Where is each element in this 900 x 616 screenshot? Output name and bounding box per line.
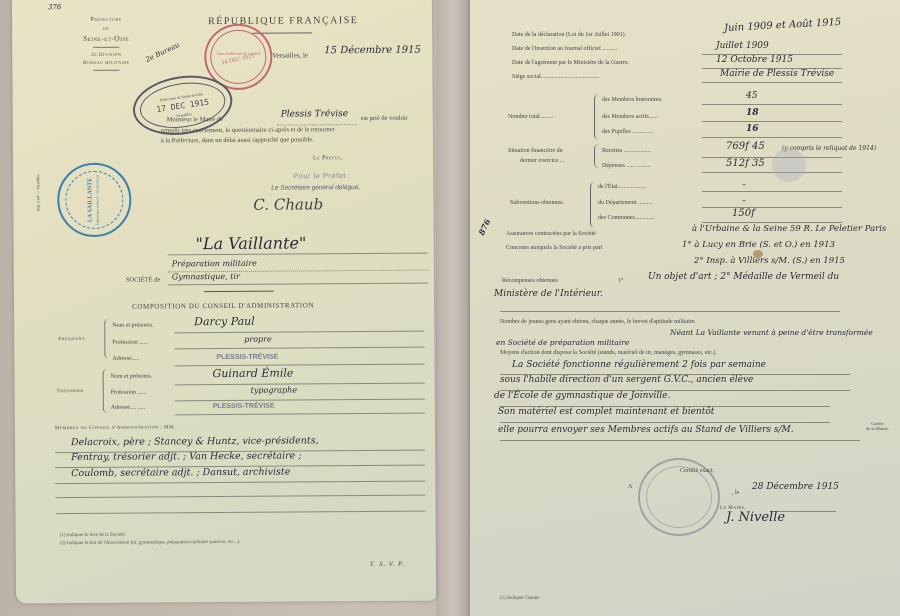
departement-value: – xyxy=(742,196,746,205)
purpose-rule-2 xyxy=(168,283,428,286)
honorary-rule xyxy=(702,104,842,105)
blue-society-stamp: LA VAILLANTE Préparation militaire - Gym… xyxy=(57,163,132,238)
members-rule-3 xyxy=(55,481,425,485)
prefecture-header: Préfecture de Seine-et-Oise 2e Division … xyxy=(56,16,156,75)
society-purpose-line1: Préparation militaire xyxy=(172,259,257,269)
ink-blot xyxy=(772,148,806,182)
right-footnote: (1) Indiquer l'année xyxy=(500,596,539,601)
members-total-label: Nombre total......... xyxy=(508,114,553,120)
rewards-prefix: 1° xyxy=(618,278,623,284)
blue-stamp-text: Préparation militaire - Gymnastique xyxy=(94,175,101,226)
members-line-2: Fentray, trésorier adjt. ; Van Hecke, se… xyxy=(71,450,301,463)
treasurer-role: Trésorier xyxy=(57,388,84,394)
rewards-rule xyxy=(500,311,840,312)
left-document-page: 376 Préfecture de Seine-et-Oise 2e Divis… xyxy=(12,0,436,603)
right-document-page: Date de la déclaration (Loi du 1er Juill… xyxy=(470,0,900,616)
means-line-3: de l'École de gymnastique de Joinville. xyxy=(494,391,670,401)
active-members-value: 18 xyxy=(746,108,759,118)
insurance-value: à l'Urbaine & la Seine 59 R. Le Peletier… xyxy=(692,224,886,234)
communes-value: 150f xyxy=(732,208,755,219)
journal-date-value: Juillet 1909 xyxy=(716,41,769,51)
brevet-value-2: en Société de préparation militaire xyxy=(496,338,629,347)
depenses-label: Dépenses ...... ......... xyxy=(602,163,651,169)
president-profession-rule xyxy=(174,347,424,350)
subsidies-label: Subventions obtenues. xyxy=(510,200,564,206)
honorary-members-label: des Membres honoraires. xyxy=(602,97,662,103)
council-title: COMPOSITION DU CONSEIL D'ADMINISTRATION xyxy=(132,301,314,310)
president-name-rule xyxy=(174,331,424,334)
president-name-value: Darcy Paul xyxy=(194,315,255,328)
cachet-line-2: de la Mairie. xyxy=(866,426,889,431)
rust-stain xyxy=(753,250,763,258)
society-label: SOCIÉTÉ de xyxy=(126,276,161,283)
communes-rule xyxy=(702,222,842,223)
prefecture-line2: de xyxy=(56,25,156,32)
treasurer-name-rule xyxy=(175,383,425,386)
depenses-value: 512f 35 xyxy=(726,158,765,169)
contests-line-1: 1° à Lucy en Brie (S. et O.) en 1913 xyxy=(682,240,835,250)
president-brace xyxy=(104,319,109,359)
recettes-label: Recettes .................. xyxy=(602,148,651,154)
finance-brace xyxy=(594,144,599,168)
recettes-value: 769f 45 xyxy=(726,141,765,152)
blue-stamp-center: LA VAILLANTE xyxy=(87,175,94,226)
means-line-2: sous l'habile direction d'un sergent G.V… xyxy=(500,375,753,385)
means-rule-5 xyxy=(500,440,860,441)
contests-label: Concours auxquels la Société a pris part xyxy=(506,245,602,251)
president-profession-label: Profession ...... xyxy=(112,340,148,346)
president-profession-value: propre xyxy=(244,335,272,344)
commune-value: Plessis Trévise xyxy=(281,109,348,119)
president-address-value: PLESSIS-TRÉVISE xyxy=(216,354,278,361)
declaration-date-label: Date de la déclaration (Loi du 1er Juill… xyxy=(512,32,626,38)
prefet-signature: C. Chaub xyxy=(253,195,323,213)
agreement-date-label: Date de l'agrément par le Ministère de l… xyxy=(512,60,629,66)
depenses-rule xyxy=(702,172,842,173)
table-surface xyxy=(436,0,470,616)
brevet-label: Nombre de jeunes gens ayant obtenu, chaq… xyxy=(500,319,696,325)
request-text1: est prié de vouloir xyxy=(361,115,408,122)
treasurer-name-label: Nom et prénoms. xyxy=(111,374,153,380)
bureau-label: Bureau militaire xyxy=(56,59,156,66)
mairie-stamp xyxy=(638,458,720,536)
president-name-label: Nom et prénoms. xyxy=(112,322,154,328)
etat-label: de l'État................... xyxy=(598,184,646,190)
place-date-value: 15 Décembre 1915 xyxy=(324,45,421,57)
agreement-date-value: 12 Octobre 1915 xyxy=(716,55,793,65)
members-rule-4 xyxy=(55,495,425,499)
prefet-label: Le Préfet, xyxy=(313,155,343,161)
header-divider xyxy=(93,47,119,48)
members-rule-5 xyxy=(55,511,425,515)
treasurer-profession-rule xyxy=(175,399,425,402)
footnote-2: (2) Indiquer le but de l'Association (ti… xyxy=(60,540,241,546)
president-role: Président xyxy=(58,336,85,342)
declaration-date-value: Juin 1909 et Août 1915 xyxy=(724,17,842,34)
members-brace xyxy=(594,94,599,140)
active-members-label: des Membres actifs...... xyxy=(602,114,658,120)
society-name: "La Vaillante" xyxy=(196,233,307,253)
siege-rule xyxy=(702,82,842,83)
pour-le-prefet: Pour le Préfet : xyxy=(293,171,351,180)
header-divider xyxy=(93,70,119,71)
siege-value: Mairie de Plessis Trévise xyxy=(720,69,834,79)
means-line-4: Son matériel est complet maintenant et b… xyxy=(498,407,714,417)
brevet-value: Néant La Vaillante venant à peine d'être… xyxy=(670,328,873,337)
treasurer-brace xyxy=(102,369,107,413)
margin-note: 876 xyxy=(476,217,492,236)
corner-number: 376 xyxy=(48,3,61,11)
means-line-5: elle pourra envoyer ses Membres actifs a… xyxy=(498,425,794,435)
section-divider xyxy=(204,291,274,292)
journal-date-label: Date de l'insertion au Journal officiel … xyxy=(512,46,617,52)
printer-margin-text: Imp. Cerf — Versailles xyxy=(35,174,40,211)
pupils-rule xyxy=(702,137,842,138)
honorary-members-value: 45 xyxy=(746,91,757,101)
certification-place-label: A xyxy=(628,484,632,490)
request-text3: à la Préfecture, dans un délai aussi rap… xyxy=(161,136,314,144)
finance-label-2: dernier exercice ... xyxy=(520,158,564,164)
recettes-rule xyxy=(702,157,842,158)
rewards-line-1: Un objet d'art ; 2° Médaille de Vermeil … xyxy=(648,272,839,282)
request-text2: remplir très exactement, le questionnair… xyxy=(161,126,335,134)
cachet-label: Cachet de la Mairie. xyxy=(866,421,889,431)
members-line-1: Delacroix, père ; Stancey & Huntz, vice-… xyxy=(71,435,319,448)
maire-signature: J. Nivelle xyxy=(726,510,785,525)
contests-line-2: 2° Insp. à Villiers s/M. (S.) en 1915 xyxy=(694,256,845,266)
treasurer-name-value: Guinard Émile xyxy=(212,367,293,381)
society-purpose-line2: Gymnastique, tir xyxy=(172,272,240,281)
treasurer-profession-value: typographe xyxy=(251,385,297,394)
treasurer-profession-label: Profession ...... xyxy=(111,390,147,396)
insurance-label: Assurances contractées par la Société xyxy=(506,231,596,237)
treasurer-address-rule xyxy=(175,413,425,416)
certification-date-label: , le xyxy=(732,490,739,496)
rewards-label: Récompenses obtenues xyxy=(502,278,558,284)
subsidies-brace xyxy=(590,182,595,228)
means-label: Moyens d'action dont dispose la Société … xyxy=(500,350,717,356)
treasurer-address-label: Adresse.... ..... xyxy=(111,405,145,411)
communes-label: des Communes............. xyxy=(598,215,654,221)
president-address-rule xyxy=(174,364,424,367)
treasurer-address-value: PLESSIS-TRÉVISE xyxy=(213,403,275,410)
members-label: Membres du Conseil d'Administration : MM… xyxy=(55,424,176,431)
prefecture-line1: Préfecture xyxy=(56,16,156,23)
etat-rule xyxy=(702,191,842,192)
siege-label: Siège social............................… xyxy=(512,74,599,80)
division-label: 2e Division xyxy=(56,51,156,58)
means-rule-4 xyxy=(500,422,830,423)
etat-value: – xyxy=(742,180,746,189)
pupils-value: 16 xyxy=(746,124,759,134)
active-rule xyxy=(702,121,842,122)
certification-date-value: 28 Décembre 1915 xyxy=(752,482,839,492)
departement-label: du Département .......... xyxy=(598,200,653,206)
finance-label-1: Situation financière du xyxy=(508,148,563,154)
footnote-1: (1) Indiquer le titre de la Société. xyxy=(60,533,126,538)
prefecture-line3: Seine-et-Oise xyxy=(56,33,156,43)
secretaire-label: Le Secrétaire général délégué, xyxy=(271,184,360,192)
request-prefix: Monsieur le Maire de xyxy=(167,116,223,123)
rewards-line-2: Ministère de l'Intérieur. xyxy=(494,289,603,299)
departement-rule xyxy=(702,207,842,208)
means-line-1: La Société fonctionne régulièrement 2 fo… xyxy=(512,360,766,370)
pupils-label: des Pupilles .............. xyxy=(602,129,653,135)
members-line-3: Coulomb, secrétaire adjt. ; Dansut, arch… xyxy=(71,467,290,480)
president-address-label: Adresse..... xyxy=(112,356,139,362)
tsvp-label: T. S. V. P. xyxy=(370,561,405,568)
place-date-label: Versailles, le xyxy=(272,51,308,59)
